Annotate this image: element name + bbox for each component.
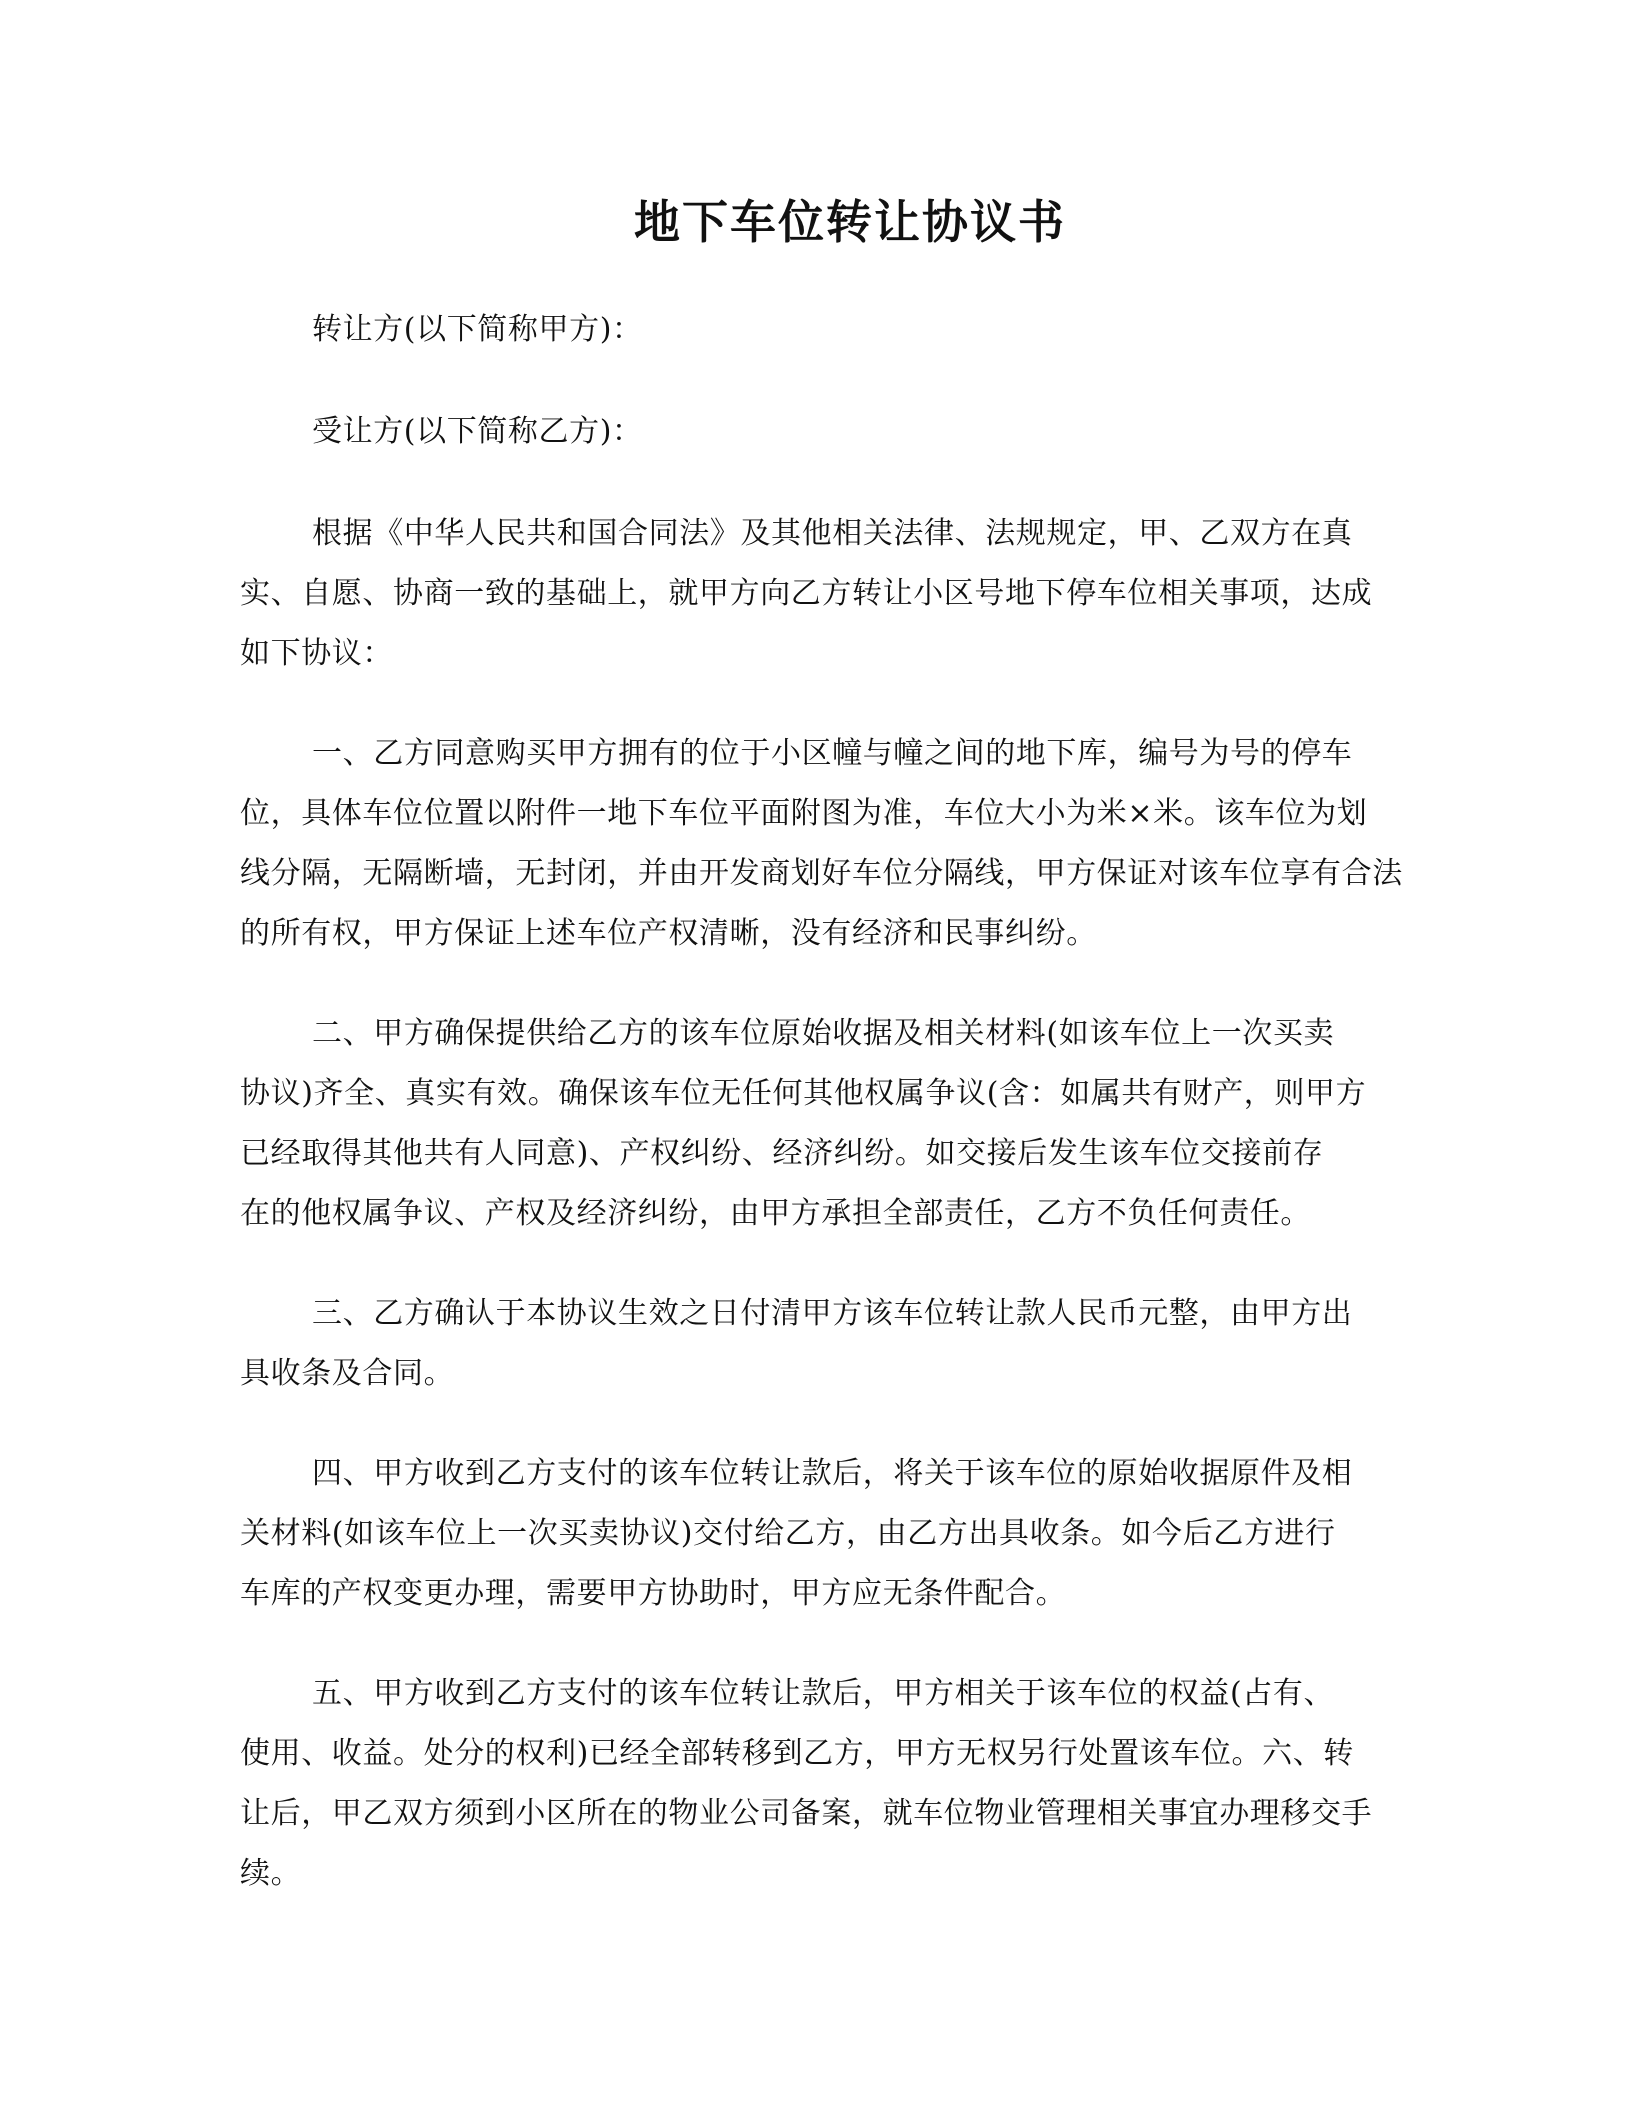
clause-line: 让后，甲乙双方须到小区所在的物业公司备案，就车位物业管理相关事宜办理移交手 (240, 1794, 1372, 1834)
clause-line: 一、乙方同意购买甲方拥有的位于小区幢与幢之间的地下库，编号为号的停车 (312, 734, 1352, 774)
clause-line: 关材料(如该车位上一次买卖协议)交付给乙方，由乙方出具收条。如今后乙方进行 (240, 1514, 1336, 1554)
preamble-line: 实、自愿、协商一致的基础上，就甲方向乙方转让小区号地下停车位相关事项，达成 (240, 574, 1372, 614)
clause-line: 五、甲方收到乙方支付的该车位转让款后，甲方相关于该车位的权益(占有、 (312, 1674, 1334, 1714)
clause-line: 线分隔，无隔断墙，无封闭，并由开发商划好车位分隔线，甲方保证对该车位享有合法 (240, 854, 1403, 894)
clause-line: 已经取得其他共有人同意)、产权纠纷、经济纠纷。如交接后发生该车位交接前存 (240, 1134, 1323, 1174)
document-page: 地下车位转让协议书 转让方(以下简称甲方)： 受让方(以下简称乙方)： 根据《中… (0, 0, 1632, 2112)
clause-line: 二、甲方确保提供给乙方的该车位原始收据及相关材料(如该车位上一次买卖 (312, 1014, 1334, 1054)
document-title: 地下车位转让协议书 (0, 192, 1632, 252)
clause-line: 四、甲方收到乙方支付的该车位转让款后，将关于该车位的原始收据原件及相 (312, 1454, 1352, 1494)
clause-line: 位，具体车位位置以附件一地下车位平面附图为准，车位大小为米×米。该车位为划 (240, 794, 1367, 834)
transferor-line: 转让方(以下简称甲方)： (312, 310, 643, 350)
clause-line: 的所有权，甲方保证上述车位产权清晰，没有经济和民事纠纷。 (240, 914, 1097, 954)
clause-line: 具收条及合同。 (240, 1354, 454, 1394)
clause-line: 使用、收益。处分的权利)已经全部转移到乙方，甲方无权另行处置该车位。六、转 (240, 1734, 1354, 1774)
preamble-line: 根据《中华人民共和国合同法》及其他相关法律、法规规定，甲、乙双方在真 (312, 514, 1352, 554)
clause-line: 车库的产权变更办理，需要甲方协助时，甲方应无条件配合。 (240, 1574, 1066, 1614)
preamble-line: 如下协议： (240, 634, 393, 674)
clause-line: 三、乙方确认于本协议生效之日付清甲方该车位转让款人民币元整，由甲方出 (312, 1294, 1352, 1334)
clause-line: 在的他权属争议、产权及经济纠纷，由甲方承担全部责任，乙方不负任何责任。 (240, 1194, 1311, 1234)
clause-line: 协议)齐全、真实有效。确保该车位无任何其他权属争议(含：如属共有财产，则甲方 (240, 1074, 1366, 1114)
transferee-line: 受让方(以下简称乙方)： (312, 412, 643, 452)
clause-line: 续。 (240, 1854, 301, 1894)
